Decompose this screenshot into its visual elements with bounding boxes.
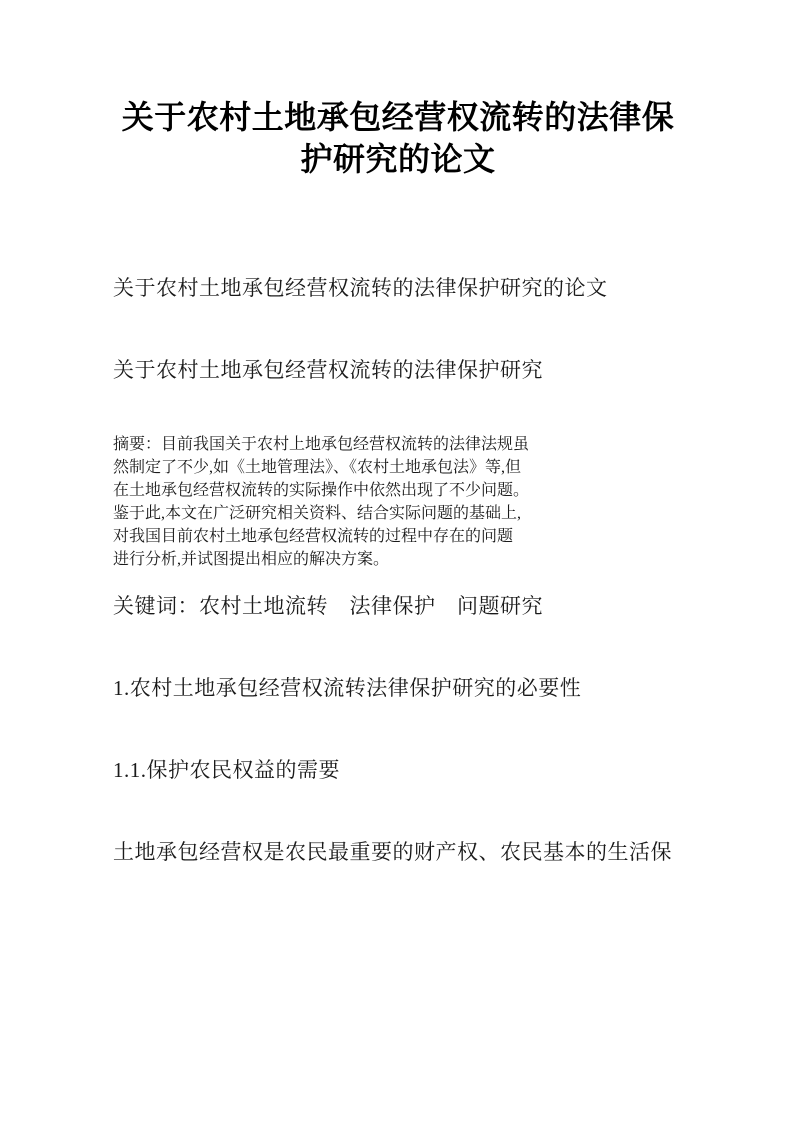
abstract-line-5: 对我国目前农村土地承包经营权流转的过程中存在的问题 <box>113 523 683 546</box>
subtitle-research-title-line: 关于农村土地承包经营权流转的法律保护研究 <box>113 358 543 382</box>
section-1-heading: 1.农村土地承包经营权流转法律保护研究的必要性 <box>113 667 683 709</box>
subtitle-paper-title: 关于农村土地承包经营权流转的法律保护研究的论文 <box>113 267 683 309</box>
keywords-text: 关键词：农村土地流转 法律保护 问题研究 <box>113 594 543 618</box>
body-paragraph: 土地承包经营权是农民最重要的财产权、农民基本的生活保 <box>113 831 683 873</box>
document-page: 关于农村土地承包经营权流转的法律保 护研究的论文 关于农村土地承包经营权流转的法… <box>0 0 793 1122</box>
document-title: 关于农村土地承包经营权流转的法律保 护研究的论文 <box>113 96 683 180</box>
section-1-1-heading-text: 1.1.保护农民权益的需要 <box>113 758 340 782</box>
abstract-line-3: 在土地承包经营权流转的实际操作中依然出现了不少问题。 <box>113 477 683 500</box>
document-title-line-2: 护研究的论文 <box>113 138 683 180</box>
section-1-1-heading: 1.1.保护农民权益的需要 <box>113 749 683 791</box>
subtitle-paper-title-line: 关于农村土地承包经营权流转的法律保护研究的论文 <box>113 276 608 300</box>
document-title-line-1: 关于农村土地承包经营权流转的法律保 <box>113 96 683 138</box>
subtitle-research-title: 关于农村土地承包经营权流转的法律保护研究 <box>113 349 683 391</box>
keywords-line: 关键词：农村土地流转 法律保护 问题研究 <box>113 585 683 627</box>
abstract-line-2: 然制定了不少,如《土地管理法》、《农村土地承包法》等,但 <box>113 454 683 477</box>
abstract-line-1: 摘要：目前我国关于农村上地承包经营权流转的法律法规虽 <box>113 431 683 454</box>
section-1-heading-text: 1.农村土地承包经营权流转法律保护研究的必要性 <box>113 676 581 700</box>
body-paragraph-line: 土地承包经营权是农民最重要的财产权、农民基本的生活保 <box>113 840 672 864</box>
abstract-line-6: 进行分析,并试图提出相应的解决方案。 <box>113 546 683 569</box>
abstract-line-4: 鉴于此,本文在广泛研究相关资料、结合实际问题的基础上, <box>113 500 683 523</box>
